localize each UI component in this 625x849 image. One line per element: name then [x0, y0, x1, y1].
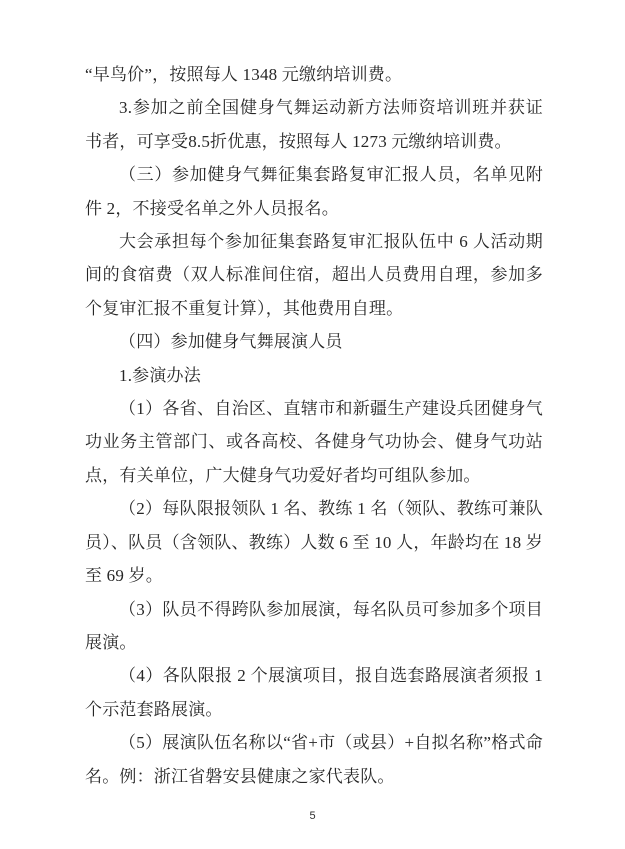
document-body-text: “早鸟价”，按照每人 1348 元缴纳培训费。 3.参加之前全国健身气舞运动新方…	[85, 58, 543, 793]
body-paragraph: （5）展演队伍名称以“省+市（或县）+自拟名称”格式命名。例：浙江省磐安县健康之…	[85, 726, 543, 793]
subsection-heading-paragraph: 1.参演办法	[85, 359, 543, 392]
body-paragraph: （三）参加健身气舞征集套路复审汇报人员，名单见附件 2，不接受名单之外人员报名。	[85, 158, 543, 225]
body-paragraph: （1）各省、自治区、直辖市和新疆生产建设兵团健身气功业务主管部门、或各高校、各健…	[85, 392, 543, 492]
body-paragraph: （4）各队限报 2 个展演项目，报自选套路展演者须报 1 个示范套路展演。	[85, 659, 543, 726]
page-number: 5	[0, 810, 625, 822]
document-page: “早鸟价”，按照每人 1348 元缴纳培训费。 3.参加之前全国健身气舞运动新方…	[0, 0, 625, 849]
section-heading-paragraph: （四）参加健身气舞展演人员	[85, 325, 543, 358]
body-paragraph: 3.参加之前全国健身气舞运动新方法师资培训班并获证书者，可享受8.5折优惠，按照…	[85, 91, 543, 158]
body-paragraph: （3）队员不得跨队参加展演，每名队员可参加多个项目展演。	[85, 593, 543, 660]
body-paragraph: （2）每队限报领队 1 名、教练 1 名（领队、教练可兼队员）、队员（含领队、教…	[85, 492, 543, 592]
body-paragraph: “早鸟价”，按照每人 1348 元缴纳培训费。	[85, 58, 543, 91]
body-paragraph: 大会承担每个参加征集套路复审汇报队伍中 6 人活动期间的食宿费（双人标准间住宿，…	[85, 225, 543, 325]
